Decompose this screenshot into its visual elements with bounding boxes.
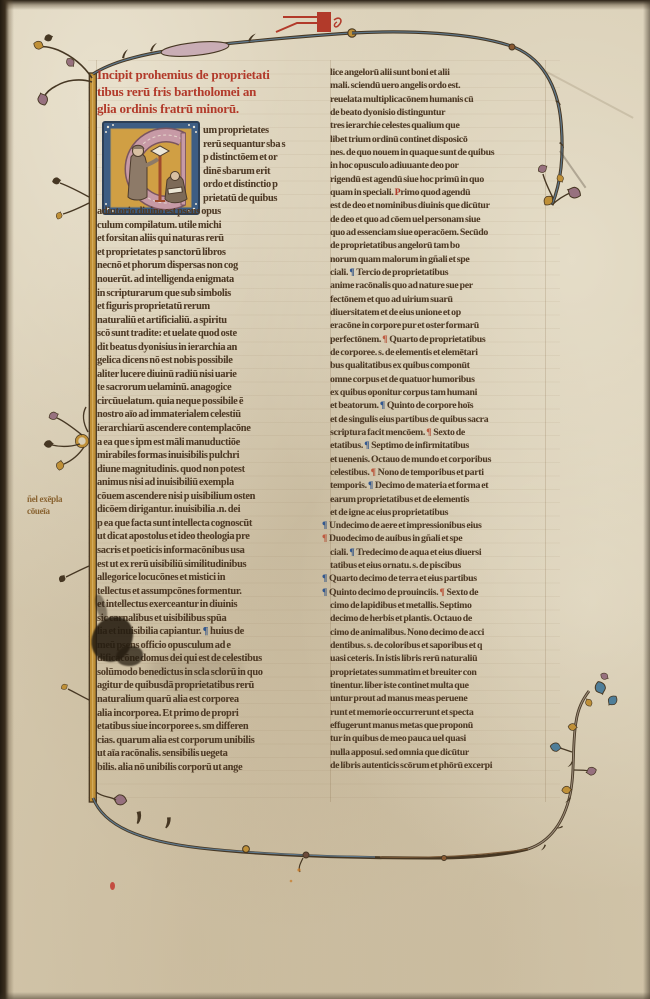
manuscript-text-line: celestibus. ¶Nono de temporibus et parti bbox=[330, 466, 558, 479]
left-bar-sprig-ring bbox=[44, 407, 89, 471]
manuscript-text-line: ut dicat apostolus et ideo theologia pre bbox=[97, 530, 337, 544]
marginal-note-line: cōueīa bbox=[27, 506, 99, 518]
rubric-line: Incipit prohemius de proprietati bbox=[97, 66, 341, 83]
photo-edge-right bbox=[643, 0, 650, 999]
manuscript-text-line: ex quibus oponitur corpus tam humani bbox=[330, 386, 558, 399]
manuscript-text-line: ¶Quinto decimo de prouinciis. ¶Sexto de bbox=[330, 586, 558, 599]
manuscript-text-line: perfectōnem. ¶Quarto de proprietatibus bbox=[330, 333, 558, 346]
manuscript-text-line: etatibus siue incorporee s. sm differen bbox=[97, 720, 337, 734]
manuscript-text-line: scriptura facit mencōem. ¶Sexto de bbox=[330, 426, 558, 439]
manuscript-text-line: sic carnalibus et uisibilibus spūa bbox=[97, 612, 337, 626]
manuscript-text-line: decimo de herbis et plantis. Octauo de bbox=[330, 612, 558, 625]
manuscript-text-line: culum compilatum. utile michi bbox=[97, 219, 337, 233]
manuscript-text-line: animus nisi ad inuisibiliū exempla bbox=[97, 476, 337, 490]
manuscript-text-line: tres ierarchie celestes qualium que bbox=[330, 119, 558, 132]
manuscript-text-line: ut aīa racōnalis. sensibilis uegeta bbox=[97, 747, 337, 761]
manuscript-text-line: anime racōnalis quo ad nature sue per bbox=[330, 279, 558, 292]
manuscript-text-line: ¶Undecimo de aere et impressionibus eius bbox=[330, 519, 558, 532]
grey-smear bbox=[148, 648, 243, 692]
manuscript-text-line: et forsitan aliis qui naturas rerū bbox=[97, 232, 337, 246]
manuscript-text-line: prietatū de quibus bbox=[203, 192, 337, 206]
manuscript-text-line: nouerūt. ad intelligenda enigmata bbox=[97, 273, 337, 287]
photo-edge-left bbox=[0, 0, 14, 999]
manuscript-text-line: earum proprietatibus et de elementis bbox=[330, 493, 558, 506]
manuscript-text-line: p distinctōem et or bbox=[203, 151, 337, 165]
manuscript-text-line: nes. de quo nouem in quaque sunt de quib… bbox=[330, 146, 558, 159]
manuscript-text-line: effugerunt manus metas que proponū bbox=[330, 719, 558, 732]
manuscript-text-line: a ea que s ipm est māli manuductiōe bbox=[97, 436, 337, 450]
manuscript-text-line: nostro aīo ad immaterialem celestiū bbox=[97, 408, 337, 422]
manuscript-text-line: rigendū est agendū siue hoc primū in quo bbox=[330, 173, 558, 186]
manuscript-text-line: naturalium quarū alia est corporea bbox=[97, 693, 337, 707]
manuscript-text-line: de libris autenticis scōrum et phōrū exc… bbox=[330, 759, 558, 772]
manuscript-text-line: te sacrorum uelaminū. anagogice bbox=[97, 381, 337, 395]
manuscript-text-line: tur in quibus de meo pauca uel quasi bbox=[330, 732, 558, 745]
manuscript-text-line: ierarchiarū ascendere contemplacōne bbox=[97, 422, 337, 436]
manuscript-text-line: tinentur. liber iste continet multa que bbox=[330, 679, 558, 692]
manuscript-text-line: sacris et poeticis informacōnibus usa bbox=[97, 544, 337, 558]
photo-edge-bottom bbox=[0, 992, 650, 999]
manuscript-text-line: et beatorum. ¶Quinto de corpore hoīs bbox=[330, 399, 558, 412]
quire-mark-icon bbox=[276, 12, 341, 32]
bottom-border-vine bbox=[93, 798, 528, 882]
manuscript-text-line: bus qualitatibus ex quibus componūt bbox=[330, 359, 558, 372]
left-bar-sprig-upper bbox=[52, 177, 89, 220]
manuscript-text-line: ¶Quarto decimo de terra et eius partibus bbox=[330, 572, 558, 585]
rubric-incipit: Incipit prohemius de proprietati tibus r… bbox=[97, 66, 341, 117]
manuscript-text-line: aliter lucere diuinū radiū nisi uarie bbox=[97, 368, 337, 382]
manuscript-text-line: in hoc opusculo adiuuante deo por bbox=[330, 159, 558, 172]
manuscript-text-line: omne corpus et de quatuor humoribus bbox=[330, 373, 558, 386]
manuscript-text-line: et uenenis. Octauo de mundo et corporibu… bbox=[330, 453, 558, 466]
manuscript-text-line: p ea que facta sunt intellecta cognoscūt bbox=[97, 517, 337, 531]
manuscript-text-line: nulla apposui. sed omnia que dicūtur bbox=[330, 746, 558, 759]
manuscript-text-line: runt et memorie occurrerunt et specta bbox=[330, 706, 558, 719]
manuscript-text-line: tellectus et assumpcōnes formentur. bbox=[97, 585, 337, 599]
text-column-right: lice angelorū alii sunt boni et aliimali… bbox=[322, 66, 558, 782]
manuscript-text-line: lice angelorū alii sunt boni et alii bbox=[330, 66, 558, 79]
top-left-leaf-spray bbox=[32, 33, 92, 106]
manuscript-text-line: mali. sciendū uero angelis ordo est. bbox=[330, 79, 558, 92]
manuscript-text-line: um proprietates bbox=[203, 124, 337, 138]
manuscript-text-line: et figuris proprietatū rerum bbox=[97, 300, 337, 314]
manuscript-text-line: tatibus et eius ornatu. s. de piscibus bbox=[330, 559, 558, 572]
manuscript-text-line: libet trium ordinū continet disposicō bbox=[330, 133, 558, 146]
manuscript-text-line: et de singulis eius partibus de quibus s… bbox=[330, 413, 558, 426]
manuscript-text-line: diune magnitudinis. quod non potest bbox=[97, 463, 337, 477]
manuscript-text-line: norum quam malorum in gñali et spe bbox=[330, 253, 558, 266]
left-bar-sprig-lower bbox=[58, 566, 89, 700]
manuscript-text-line: de corporee. s. de elementis et elemētar… bbox=[330, 346, 558, 359]
manuscript-text-line: est ut ex rerū uisibiliū similitudinibus bbox=[97, 558, 337, 572]
manuscript-text-line: untur prout ad manus meas peruene bbox=[330, 692, 558, 705]
manuscript-text-line: cias. quarum alia est corporum unibilis bbox=[97, 734, 337, 748]
manuscript-text-line: ordo et distinctio p bbox=[203, 178, 337, 192]
manuscript-text-line: in scripturarum que sub simbolis bbox=[97, 287, 337, 301]
manuscript-text-line: rerū sequantur sba s bbox=[203, 138, 337, 152]
manuscript-text-line: de beato dyonisio distinguntur bbox=[330, 106, 558, 119]
manuscript-text-line: ¶Duodecimo de auibus in gñali et spe bbox=[330, 532, 558, 545]
photo-edge-top bbox=[0, 0, 650, 10]
manuscript-text-line: cimo de animalibus. Nono decimo de acci bbox=[330, 626, 558, 639]
manuscript-text-line: gelica dicens nō est nobis possibile bbox=[97, 354, 337, 368]
manuscript-text-line: est de deo et nominibus diuinis que dicū… bbox=[330, 199, 558, 212]
manuscript-text-line: diuersitatem et de eius unione et op bbox=[330, 306, 558, 319]
manuscript-text-line: dinē sbarum erit bbox=[203, 165, 337, 179]
manuscript-text-line: allegorice locucōnes et mistici in bbox=[97, 571, 337, 585]
manuscript-text-line: ciali. ¶Tredecimo de aqua et eius diuers… bbox=[330, 546, 558, 559]
manuscript-text-line: uasi ceteris. In istis libris rerū natur… bbox=[330, 652, 558, 665]
manuscript-text-line: et intellectus exerceantur in diuinis bbox=[97, 598, 337, 612]
manuscript-text-line: scō sunt tradite: et uelate quod oste bbox=[97, 327, 337, 341]
manuscript-text-line: quo ad essenciam siue operacōem. Secūdo bbox=[330, 226, 558, 239]
manuscript-text-line: et de igne ac eius proprietatibus bbox=[330, 506, 558, 519]
manuscript-text-line: eracōne in corpore pur et oster formarū bbox=[330, 319, 558, 332]
manuscript-text-line: alia incorporea. Et primo de propri bbox=[97, 707, 337, 721]
manuscript-text-line: necnō et phorum dispersas non cog bbox=[97, 259, 337, 273]
manuscript-text-line: cimo de lapidibus et metallis. Septimo bbox=[330, 599, 558, 612]
rubric-line: glia ordinis fratrū minorū. bbox=[97, 100, 341, 117]
manuscript-text-line: de proprietatibus angelorū tam bo bbox=[330, 239, 558, 252]
manuscript-text-line: dicōem dirigantur. inuisibilia .n. dei bbox=[97, 503, 337, 517]
manuscript-text-line: dentibus. s. de coloribus et saporibus e… bbox=[330, 639, 558, 652]
manuscript-text-line: et proprietates p sanctorū libros bbox=[97, 246, 337, 260]
red-speck bbox=[110, 882, 115, 890]
manuscript-text-line: etatibus. ¶Septimo de infirmitatibus bbox=[330, 439, 558, 452]
manuscript-text-line: proprietates summatim et breuiter con bbox=[330, 666, 558, 679]
manuscript-text-line: ciali. ¶Tercio de proprietatibus bbox=[330, 266, 558, 279]
manuscript-text-line: adiutorio diuino est psens opus bbox=[97, 205, 337, 219]
rubric-line: tibus rerū fris bartholomei an bbox=[97, 83, 341, 100]
manuscript-text-line: naturaliū et artificialiū. a spiritu bbox=[97, 314, 337, 328]
manuscript-text-line: quam in speciali. Primo quod agendū bbox=[330, 186, 558, 199]
manuscript-page-photo: { "colors": { "parch":"#d7cbb1","ink":"#… bbox=[0, 0, 650, 999]
manuscript-text-line: cōuem ascendere nisi p uisibilium osten bbox=[97, 490, 337, 504]
manuscript-text-line: fectōnem et quo ad uirium suarū bbox=[330, 293, 558, 306]
ink-stain-small bbox=[116, 646, 143, 666]
text-column-left: um proprietatesrerū sequantur sba sp dis… bbox=[95, 124, 337, 792]
marginal-note: ñel exēpla cōueīa bbox=[27, 494, 99, 517]
bottom-left-corner-flourish bbox=[96, 792, 173, 828]
manuscript-text-line: temporis. ¶Decimo de materia et forma et bbox=[330, 479, 558, 492]
manuscript-text-line: bilis. alia nō unibilis corporū ut ange bbox=[97, 761, 337, 775]
marginal-note-line: ñel exēpla bbox=[27, 494, 99, 506]
manuscript-text-line: reuelata multiplicacōnem humanis cū bbox=[330, 93, 558, 106]
manuscript-text-line: mirabiles formas inuisibilis pulchri bbox=[97, 449, 337, 463]
manuscript-text-line: dit beatus dyonisius in ierarchia an bbox=[97, 341, 337, 355]
manuscript-text-line: circūuelatum. quia neque possibile ē bbox=[97, 395, 337, 409]
manuscript-text-line: de deo et quo ad cōem uel personam siue bbox=[330, 213, 558, 226]
